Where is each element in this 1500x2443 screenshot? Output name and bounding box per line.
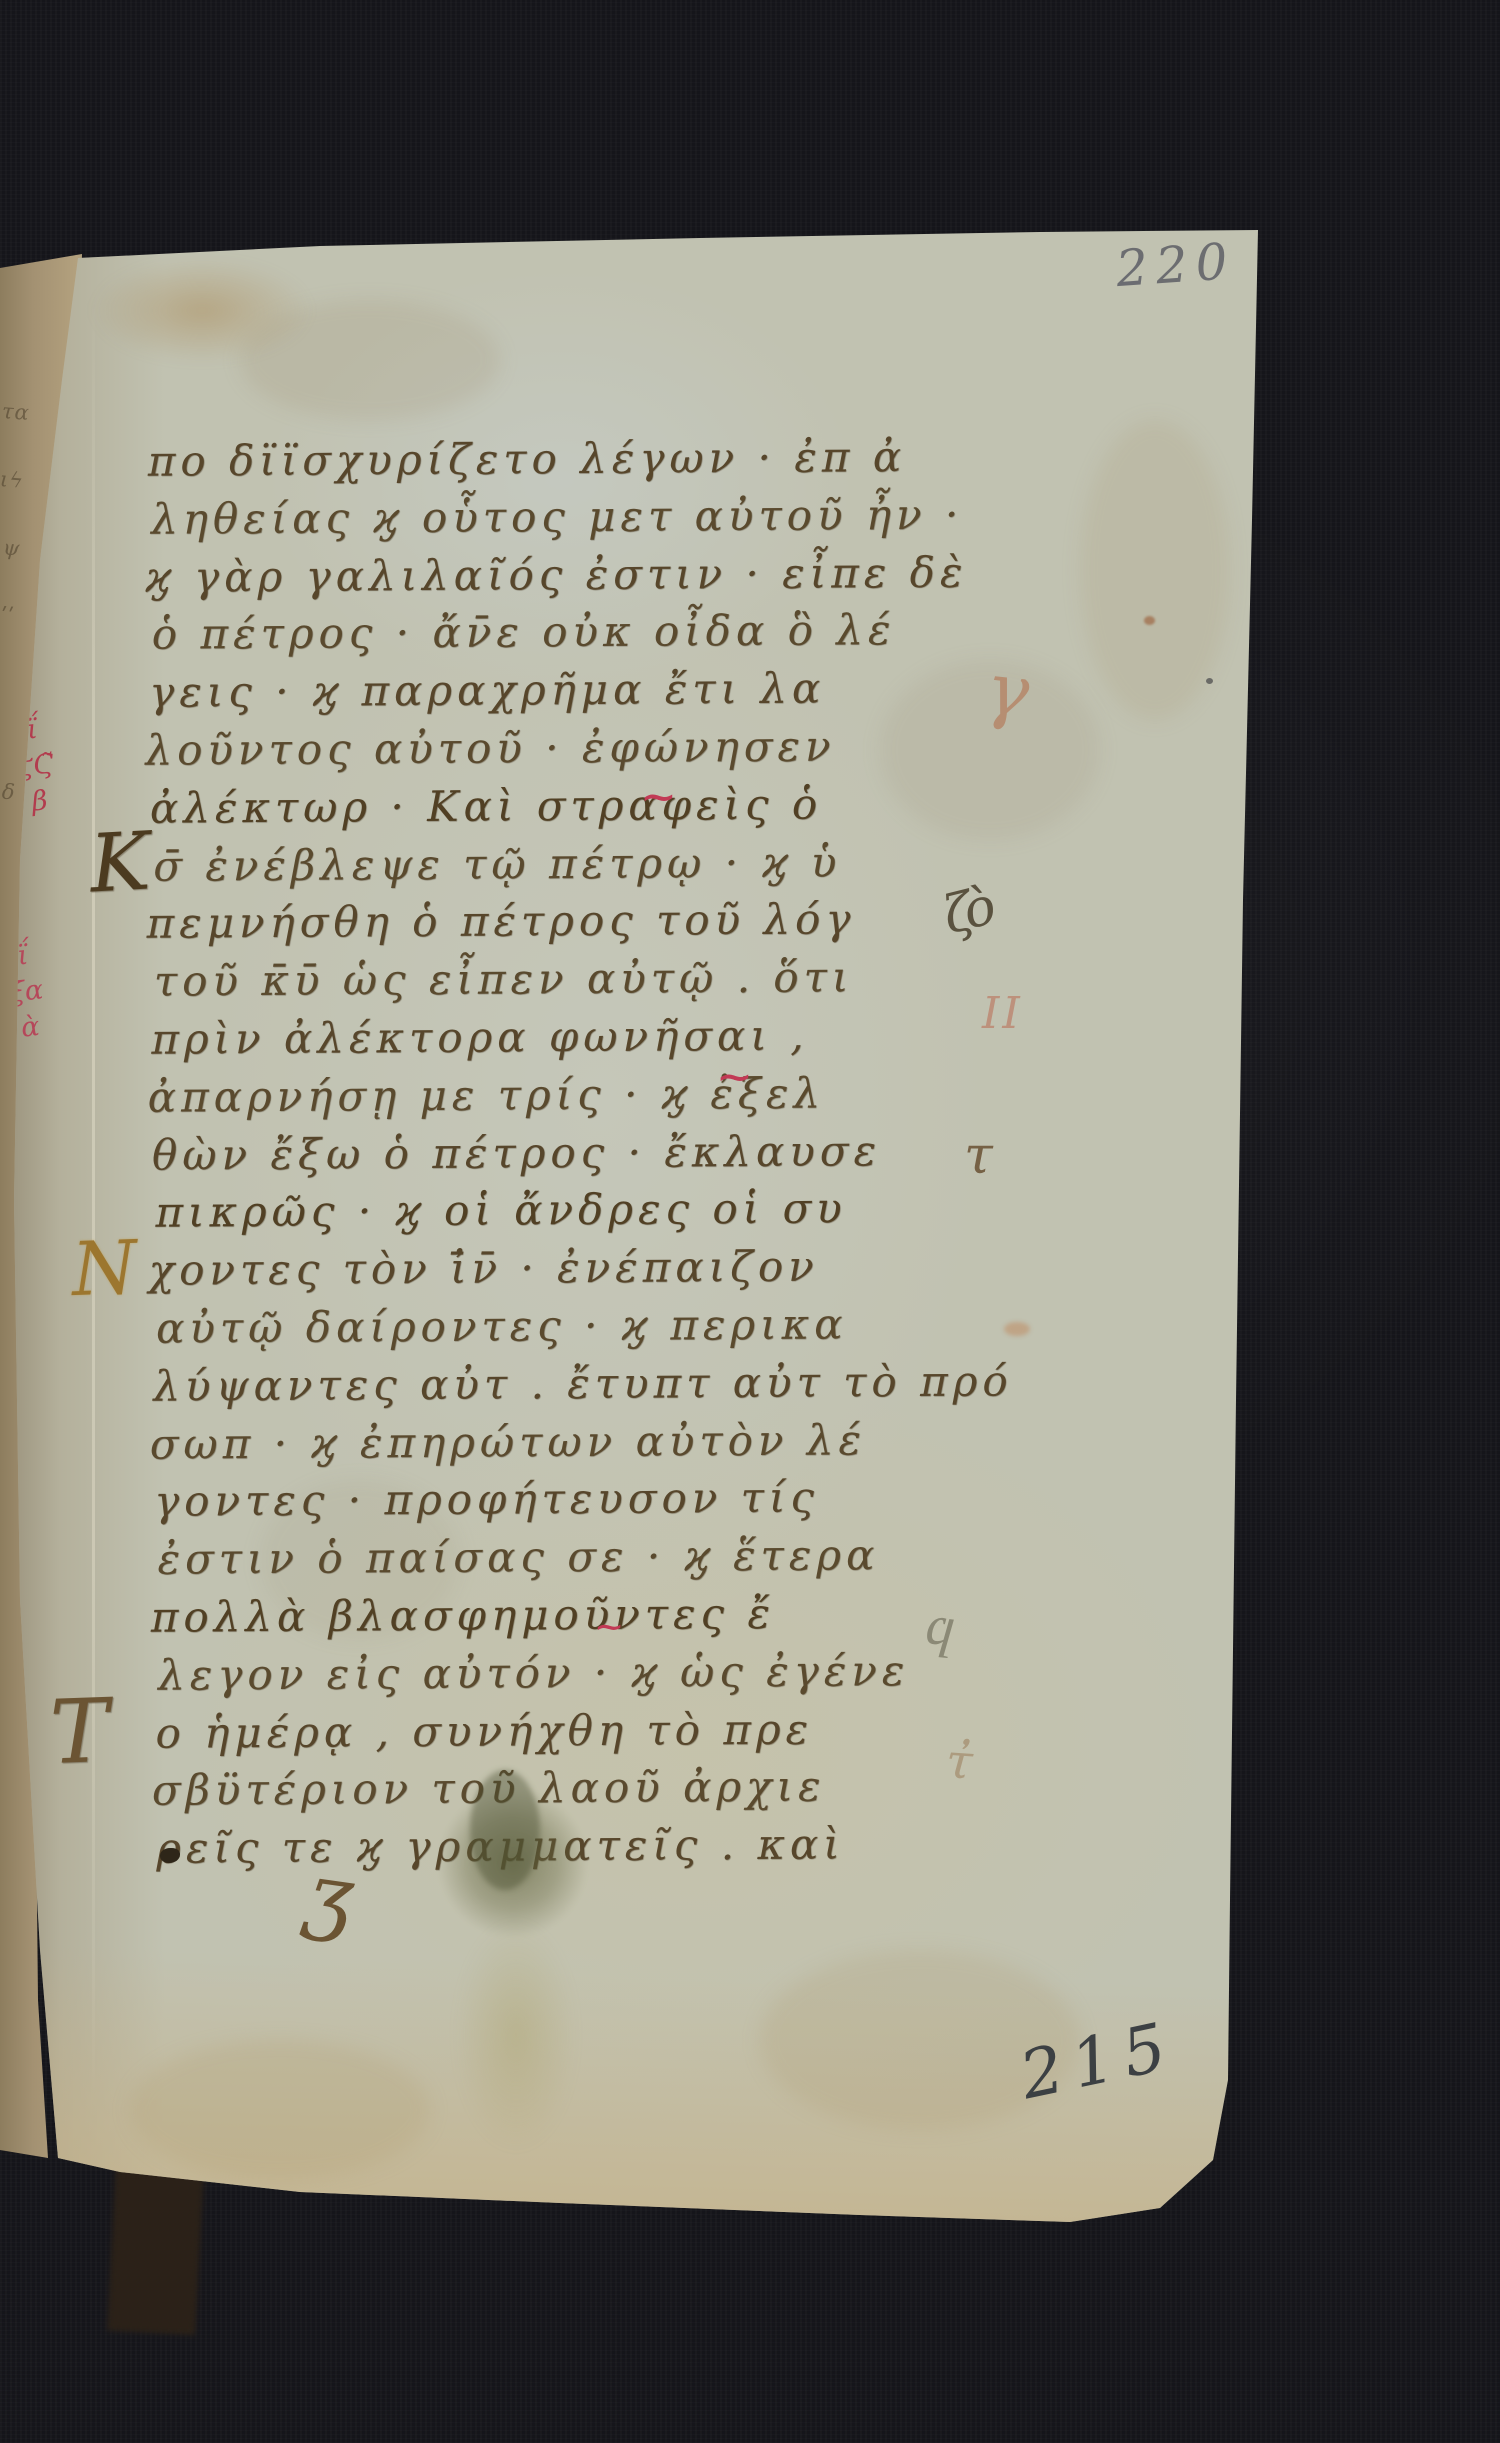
gutter-text-fragment: ʹʹ xyxy=(0,604,15,629)
text-line: ληθείας ϗ οὗτος μετ αὐτοῦ ἦν · xyxy=(151,485,1038,548)
greek-text-block: πο δϊϊσχυρίζετο λέγων · ἐπ ἀ ληθείας ϗ ο… xyxy=(148,427,1047,1877)
text-line: σβϋτέριον τοῦ λαοῦ ἀρχιε xyxy=(152,1757,1046,1820)
text-line: ἐστιν ὁ παίσας σε · ϗ ἕτερα xyxy=(157,1525,1044,1588)
manuscript-photo: τα ιϟ ψ ʹʹ δ πο δϊϊσχυρίζετο λέγων · ἐπ … xyxy=(0,0,1500,2443)
initial-tau: Τ xyxy=(48,1679,110,1784)
text-line: ϗ γὰρ γαλιλαῖός ἐστιν · εἶπε δὲ xyxy=(144,543,1038,606)
gutter-text-fragment: τα xyxy=(1,399,30,425)
text-line: πικρῶς · ϗ οἱ ἄνδρες οἱ συ xyxy=(155,1179,1042,1242)
rubric-squiggle: ~ xyxy=(640,777,677,818)
text-line: θὼν ἔξω ὁ πέτρος · ἔκλαυσε xyxy=(152,1121,1042,1184)
stain-tail xyxy=(456,1920,576,2150)
rust-spot xyxy=(1144,616,1155,625)
text-line: ἀπαρνήσῃ με τρίς · ϗ ἐξελ xyxy=(147,1063,1041,1126)
right-margin-mark: τ xyxy=(964,1126,993,1186)
dust-speck xyxy=(1206,678,1213,684)
text-line: λεγον εἰς αὐτόν · ϗ ὡς ἐγένε xyxy=(158,1641,1045,1704)
text-line: πεμνήσθη ὁ πέτρος τοῦ λόγ xyxy=(146,890,1040,953)
text-line: λύψαντες αὐτ . ἔτυπτ αὐτ τὸ πρό xyxy=(153,1352,1043,1415)
rust-spot xyxy=(1004,1322,1030,1336)
text-line: ο ἡμέρᾳ , συνήχθη τὸ πρε xyxy=(155,1699,1045,1762)
text-line: σωπ · ϗ ἐπηρώτων αὐτὸν λέ xyxy=(150,1410,1044,1473)
rubric-squiggle: ~ xyxy=(716,1057,753,1098)
text-line: σ̄ ἐνέβλεψε τῷ πέτρῳ · ϗ ὑ xyxy=(153,832,1040,895)
text-line: χοντες τὸν ἰ̄ν̄ · ἐνέπαιζον xyxy=(149,1236,1043,1299)
right-margin-mark: γ xyxy=(982,646,1034,734)
right-margin-mark: ΙΙ xyxy=(982,988,1023,1039)
red-note-row: ὰ xyxy=(12,1008,49,1047)
gutter-text-fragment: ιϟ xyxy=(0,467,25,493)
text-line: πο δϊϊσχυρίζετο λέγων · ἐπ ἀ xyxy=(148,427,1038,490)
text-line: αὐτῷ δαίροντες · ϗ περικα xyxy=(156,1294,1043,1357)
right-margin-mark: τ̓ xyxy=(944,1733,974,1791)
text-line: λοῦντος αὐτοῦ · ἐφώνησεν xyxy=(145,716,1039,779)
text-line: ρεῖς τε ϗ γραμματεῖς . καὶ xyxy=(156,1814,1046,1877)
stain xyxy=(92,258,312,363)
text-line: τοῦ κ̄ῡ ὡς εἶπεν αὐτῷ . ὅτι xyxy=(154,947,1041,1010)
gutter-text-fragment: ψ xyxy=(2,535,21,560)
gutter-crease xyxy=(92,300,95,2100)
text-line: ἀλέκτωρ · Καὶ στραφεὶς ὁ xyxy=(150,774,1040,837)
folio-number-pencil: 220 xyxy=(1114,232,1237,298)
initial-kappa: Κ xyxy=(88,814,153,910)
olive-stain xyxy=(470,1770,540,1890)
parchment-page: πο δϊϊσχυρίζετο λέγων · ἐπ ἀ ληθείας ϗ ο… xyxy=(0,0,1500,2443)
red-note-row: β xyxy=(20,782,59,822)
gutter-text-fragment: δ xyxy=(1,780,16,805)
rubric-squiggle: ~ xyxy=(594,1610,624,1644)
text-line: γοντες · προφήτευσον τίς xyxy=(154,1468,1044,1531)
parchment-mottle xyxy=(1080,420,1230,720)
text-line: πρὶν ἀλέκτορα φωνῆσαι , xyxy=(151,1005,1041,1068)
text-line: ὁ πέτρος · ἄν̄ε οὐκ οἶδα ὃ λέ xyxy=(152,601,1039,664)
initial-nu: Ν xyxy=(71,1225,139,1313)
text-line: γεις · ϗ παραχρῆμα ἔτι λα xyxy=(149,658,1039,721)
parchment-mottle xyxy=(130,2040,430,2180)
